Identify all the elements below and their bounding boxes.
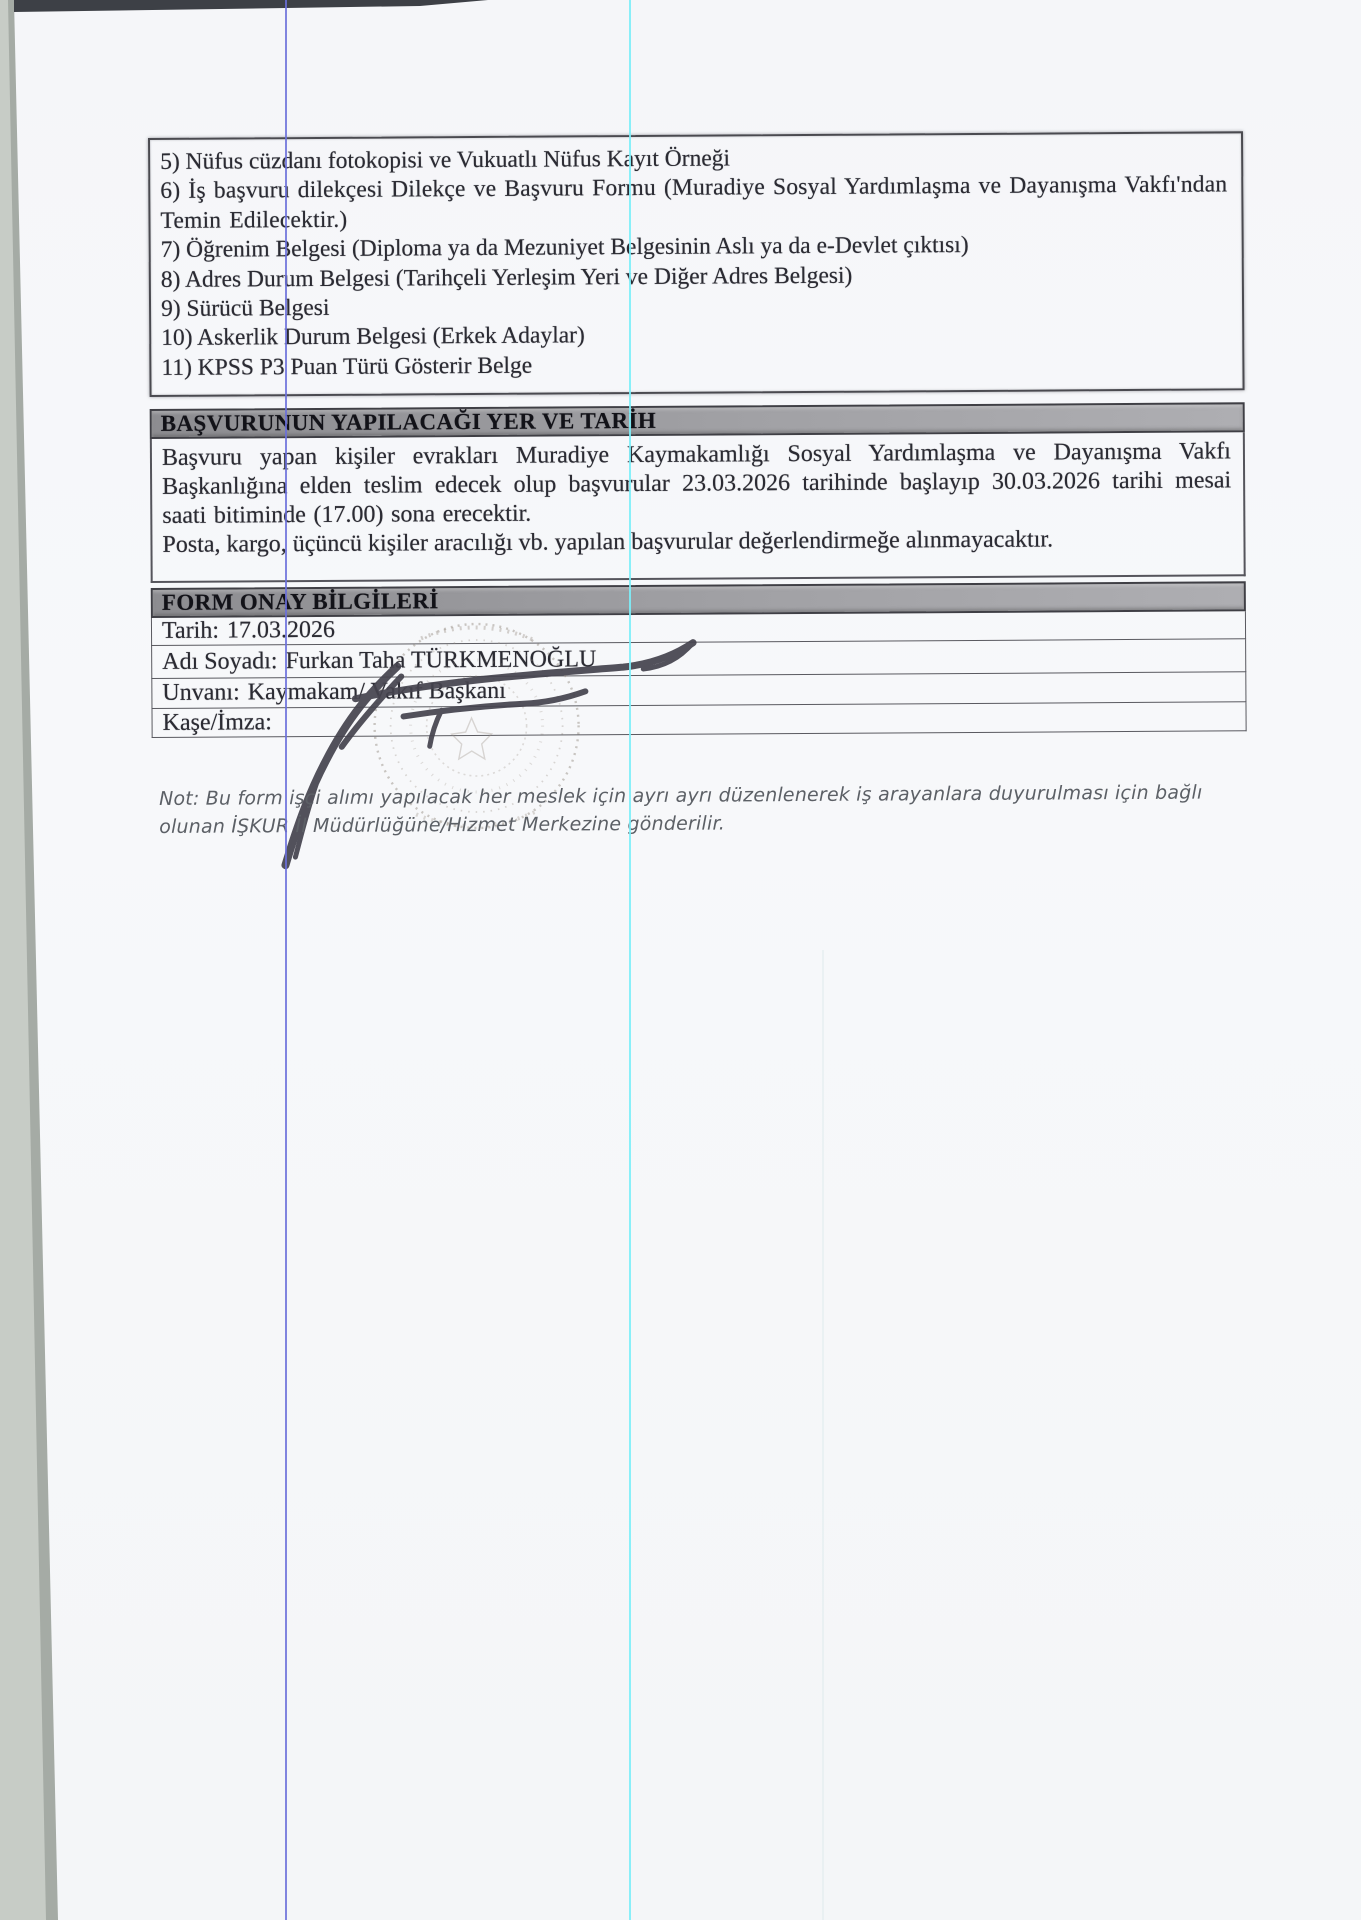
table-row: Kaşe/İmza:: [151, 702, 1246, 738]
row-label: Unvanı:: [162, 679, 239, 706]
paragraph-text: Posta, kargo, üçüncü kişiler aracılığı v…: [162, 524, 1231, 560]
scanner-streak-faint: [822, 950, 824, 1920]
row-label: Tarih:: [162, 618, 219, 645]
row-label: Adı Soyadı:: [162, 648, 278, 676]
section-title: FORM ONAY BİLGİLERİ: [162, 588, 439, 616]
paragraph-text: Başvuru yapan kişiler evrakları Muradiye…: [162, 437, 1232, 531]
note-text: Not: Bu form işçi alımı yapılacak her me…: [159, 779, 1267, 841]
list-item: 6) İş başvuru dilekçesi Dilekçe ve Başvu…: [160, 171, 1227, 236]
section-title: BAŞVURUNUN YAPILACAĞI YER VE TARİH: [161, 408, 657, 437]
document-content: 5) Nüfus cüzdanı fotokopisi ve Vukuatlı …: [0, 0, 1361, 1920]
row-label: Kaşe/İmza:: [162, 709, 271, 737]
application-info-paragraph: Başvuru yapan kişiler evrakları Muradiye…: [150, 432, 1246, 583]
list-item: 11) KPSS P3 Puan Türü Gösterir Belge: [161, 347, 1228, 383]
form-approval-table: Tarih: 17.03.2026 Adı Soyadı: Furkan Tah…: [151, 611, 1247, 738]
row-value: 17.03.2026: [227, 617, 335, 645]
scanner-streak-purple: [285, 0, 287, 1920]
scanner-streak-cyan: [629, 0, 631, 1920]
scanned-form-page: { "page": {"kind": "scanned official for…: [0, 0, 1361, 1920]
row-value: Furkan Taha TÜRKMENOĞLU: [285, 646, 596, 675]
document-list-box: 5) Nüfus cüzdanı fotokopisi ve Vukuatlı …: [148, 131, 1245, 397]
